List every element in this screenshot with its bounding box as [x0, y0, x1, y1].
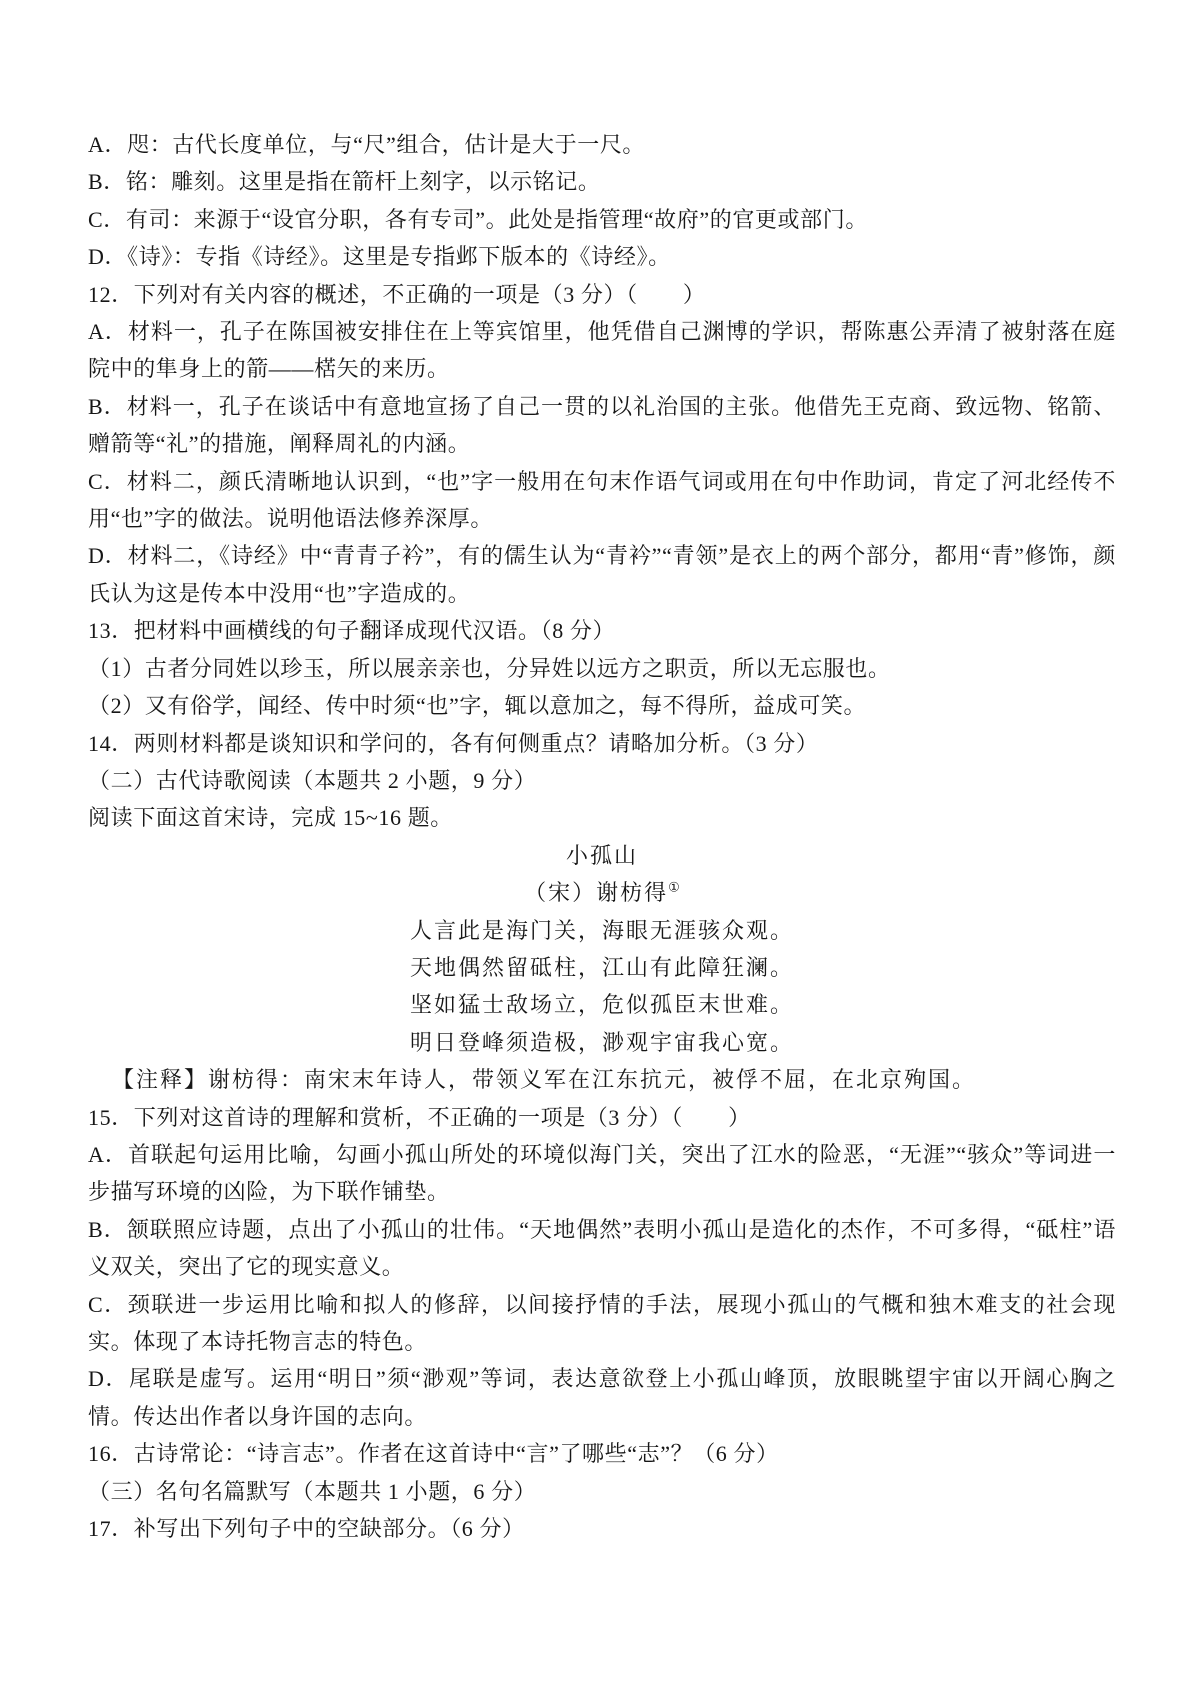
author-note-mark: ① — [668, 880, 680, 895]
poem-title: 小孤山 — [88, 837, 1116, 874]
section-3-heading: （三）名句名篇默写（本题共 1 小题，6 分） — [88, 1473, 1116, 1510]
poem-line-4: 明日登峰须造极，渺观宇宙我心宽。 — [88, 1024, 1116, 1061]
prev-question-option-b: B．铭：雕刻。这里是指在箭杆上刻字，以示铭记。 — [88, 163, 1116, 200]
section-2-heading: （二）古代诗歌阅读（本题共 2 小题，9 分） — [88, 762, 1116, 799]
question-16-stem: 16．古诗常论：“诗言志”。作者在这首诗中“言”了哪些“志”？（6 分） — [88, 1435, 1116, 1472]
question-14-stem: 14．两则材料都是谈知识和学问的，各有何侧重点？请略加分析。（3 分） — [88, 725, 1116, 762]
question-15-option-c: C．颈联进一步运用比喻和拟人的修辞，以间接抒情的手法，展现小孤山的气概和独木难支… — [88, 1286, 1116, 1361]
question-12-option-c: C．材料二，颜氏清晰地认识到，“也”字一般用在句末作语气词或用在句中作助词，肯定… — [88, 463, 1116, 538]
question-12-option-a: A．材料一，孔子在陈国被安排住在上等宾馆里，他凭借自己渊博的学识，帮陈惠公弄清了… — [88, 313, 1116, 388]
reading-instruction: 阅读下面这首宋诗，完成 15~16 题。 — [88, 799, 1116, 836]
question-13-sentence-1: （1）古者分同姓以珍玉，所以展亲亲也，分异姓以远方之职贡，所以无忘服也。 — [88, 650, 1116, 687]
poem-line-2: 天地偶然留砥柱，江山有此障狂澜。 — [88, 949, 1116, 986]
poem-line-1: 人言此是海门关，海眼无涯骇众观。 — [88, 912, 1116, 949]
exam-document-page: A．咫：古代长度单位，与“尺”组合，估计是大于一尺。 B．铭：雕刻。这里是指在箭… — [0, 0, 1200, 1698]
question-17-stem: 17．补写出下列句子中的空缺部分。（6 分） — [88, 1510, 1116, 1547]
question-13-sentence-2: （2）又有俗学，闻经、传中时须“也”字，辄以意加之，每不得所，益成可笑。 — [88, 687, 1116, 724]
question-13-stem: 13．把材料中画横线的句子翻译成现代汉语。（8 分） — [88, 612, 1116, 649]
question-12-stem: 12．下列对有关内容的概述，不正确的一项是（3 分）（ ） — [88, 276, 1116, 313]
prev-question-option-a: A．咫：古代长度单位，与“尺”组合，估计是大于一尺。 — [88, 126, 1116, 163]
poem-line-3: 坚如猛士敌场立，危似孤臣末世难。 — [88, 986, 1116, 1023]
poem-author-line: （宋）谢枋得① — [88, 874, 1116, 911]
poem-author: （宋）谢枋得 — [524, 880, 668, 905]
question-12-option-d: D．材料二，《诗经》中“青青子衿”，有的儒生认为“青衿”“青领”是衣上的两个部分… — [88, 537, 1116, 612]
question-15-option-b: B．颔联照应诗题，点出了小孤山的壮伟。“天地偶然”表明小孤山是造化的杰作，不可多… — [88, 1211, 1116, 1286]
question-12-option-b: B．材料一，孔子在谈话中有意地宣扬了自己一贯的以礼治国的主张。他借先王克商、致远… — [88, 388, 1116, 463]
prev-question-option-d: D．《诗》：专指《诗经》。这里是专指邺下版本的《诗经》。 — [88, 238, 1116, 275]
question-15-option-d: D．尾联是虚写。运用“明日”须“渺观”等词，表达意欲登上小孤山峰顶，放眼眺望宇宙… — [88, 1360, 1116, 1435]
poem-footnote: 【注释】谢枋得：南宋末年诗人，带领义军在江东抗元，被俘不屈，在北京殉国。 — [88, 1061, 1116, 1098]
prev-question-option-c: C．有司：来源于“设官分职，各有专司”。此处是指管理“故府”的官更或部门。 — [88, 201, 1116, 238]
question-15-stem: 15．下列对这首诗的理解和赏析，不正确的一项是（3 分）（ ） — [88, 1099, 1116, 1136]
question-15-option-a: A．首联起句运用比喻，勾画小孤山所处的环境似海门关，突出了江水的险恶，“无涯”“… — [88, 1136, 1116, 1211]
